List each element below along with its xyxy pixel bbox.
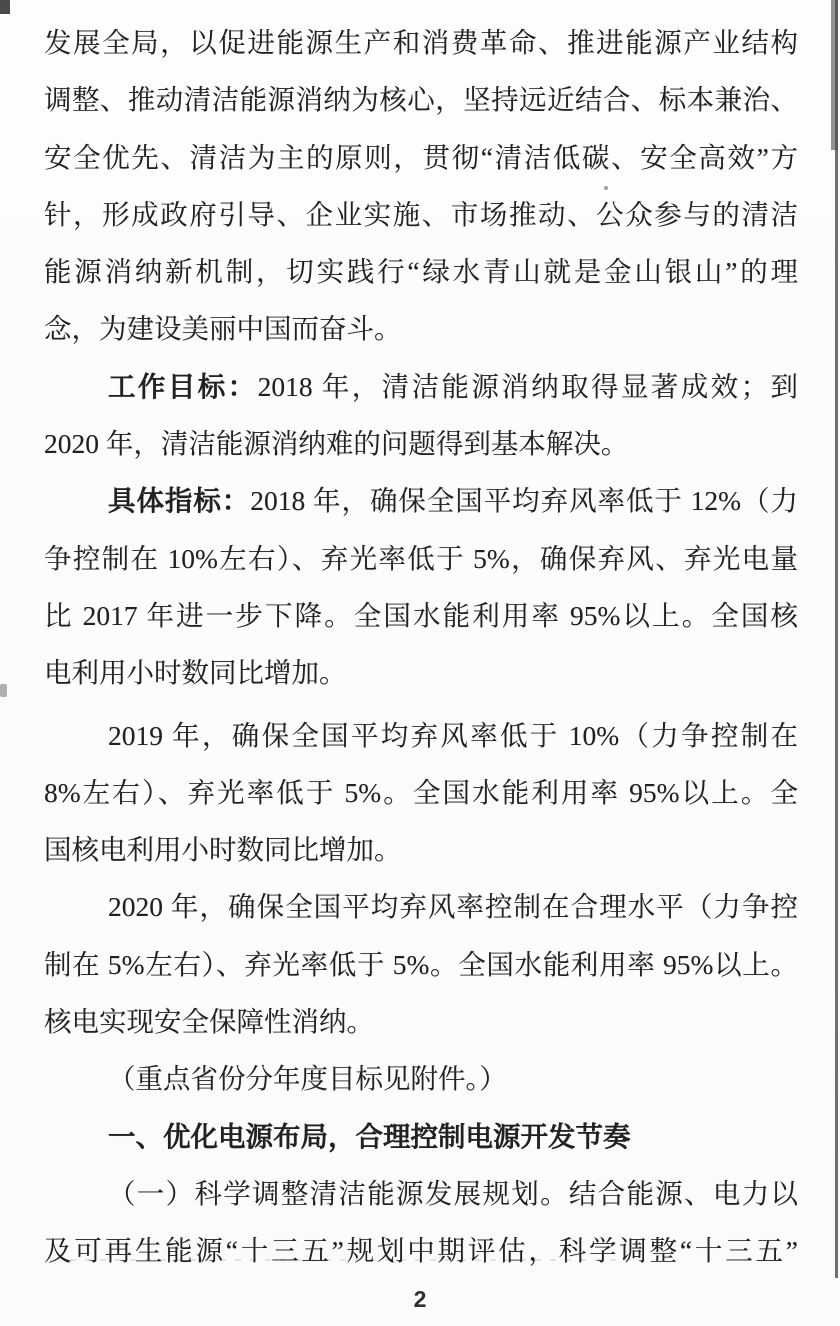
text-segment: 针，形成政府引导、企业实施、市场推动、公众参与的清洁 — [44, 199, 798, 230]
text-segment: 2018 年，确保全国平均弃风率低于 12%（力 — [250, 485, 798, 516]
text-segment: 念，为建设美丽中国而奋斗。 — [44, 313, 402, 344]
text-segment: 电利用小时数同比增加。 — [44, 657, 347, 688]
text-line: 工作目标：2018 年，清洁能源消纳取得显著成效；到 — [44, 358, 798, 415]
text-segment: 能源消纳新机制，切实践行“绿水青山就是金山银山”的理 — [44, 256, 798, 287]
scan-artifact-left-dash — [0, 684, 7, 697]
text-line: 电利用小时数同比增加。 — [44, 644, 798, 701]
text-segment: （重点省份分年度目标见附件。） — [108, 1063, 507, 1094]
text-line: 制在 5%左右）、弃光率低于 5%。全国水能利用率 95%以上。 — [44, 936, 798, 993]
text-line: （一）科学调整清洁能源发展规划。结合能源、电力以 — [44, 1165, 798, 1222]
page-number: 2 — [0, 1286, 840, 1313]
targets-2019-paragraph: 2019 年，确保全国平均弃风率低于 10%（力争控制在8%左右）、弃光率低于 … — [44, 707, 798, 879]
text-segment: 一、优化电源布局，合理控制电源开发节奏 — [108, 1121, 631, 1152]
text-line: 比 2017 年进一步下降。全国水能利用率 95%以上。全国核 — [44, 587, 798, 644]
document-page: 发展全局，以促进能源生产和消费革命、推进能源产业结构调整、推动清洁能源消纳为核心… — [0, 0, 840, 1326]
work-goals-paragraph: 工作目标：2018 年，清洁能源消纳取得显著成效；到2020 年，清洁能源消纳难… — [44, 358, 798, 473]
text-segment: （一）科学调整清洁能源发展规划。 — [108, 1178, 569, 1209]
text-line: 2020 年，确保全国平均弃风率控制在合理水平（力争控 — [44, 878, 798, 935]
text-line: 2020 年，清洁能源消纳难的问题得到基本解决。 — [44, 415, 798, 472]
section-one-item-one-paragraph: （一）科学调整清洁能源发展规划。结合能源、电力以及可再生能源“十三五”规划中期评… — [44, 1165, 798, 1280]
text-segment: 国核电利用小时数同比增加。 — [44, 834, 402, 865]
text-segment: 2018 年，清洁能源消纳取得显著成效；到 — [258, 371, 798, 402]
text-line: 争控制在 10%左右）、弃光率低于 5%，确保弃风、弃光电量 — [44, 530, 798, 587]
scan-artifact-top-left — [0, 0, 10, 14]
text-segment: 具体指标： — [108, 485, 250, 516]
text-segment: 调整、推动清洁能源消纳为核心，坚持远近结合、标本兼治、 — [44, 84, 798, 115]
text-line: （重点省份分年度目标见附件。） — [44, 1050, 798, 1107]
text-line: 针，形成政府引导、企业实施、市场推动、公众参与的清洁 — [44, 186, 798, 243]
document-body: 发展全局，以促进能源生产和消费革命、推进能源产业结构调整、推动清洁能源消纳为核心… — [44, 14, 798, 1280]
text-line: 念，为建设美丽中国而奋斗。 — [44, 300, 798, 357]
section-one-heading: 一、优化电源布局，合理控制电源开发节奏 — [44, 1108, 798, 1165]
appendix-note-paragraph: （重点省份分年度目标见附件。） — [44, 1050, 798, 1107]
text-segment: 2020 年，清洁能源消纳难的问题得到基本解决。 — [44, 428, 628, 459]
text-segment: 工作目标： — [108, 371, 258, 402]
targets-2020-paragraph: 2020 年，确保全国平均弃风率控制在合理水平（力争控制在 5%左右）、弃光率低… — [44, 878, 798, 1050]
text-segment: 8%左右）、弃光率低于 5%。全国水能利用率 95%以上。全 — [44, 777, 798, 808]
text-line: 发展全局，以促进能源生产和消费革命、推进能源产业结构 — [44, 14, 798, 71]
text-segment: 2020 年，确保全国平均弃风率控制在合理水平（力争控 — [108, 891, 798, 922]
text-line: 调整、推动清洁能源消纳为核心，坚持远近结合、标本兼治、 — [44, 71, 798, 128]
text-line: 安全优先、清洁为主的原则，贯彻“清洁低碳、安全高效”方 — [44, 129, 798, 186]
text-segment: 争控制在 10%左右）、弃光率低于 5%，确保弃风、弃光电量 — [44, 543, 798, 574]
specific-targets-2018-paragraph: 具体指标：2018 年，确保全国平均弃风率低于 12%（力争控制在 10%左右）… — [44, 472, 798, 701]
text-line: 能源消纳新机制，切实践行“绿水青山就是金山银山”的理 — [44, 243, 798, 300]
text-segment: 核电实现安全保障性消纳。 — [44, 1006, 374, 1037]
text-line: 国核电利用小时数同比增加。 — [44, 821, 798, 878]
text-segment: 比 2017 年进一步下降。全国水能利用率 95%以上。全国核 — [44, 600, 798, 631]
text-line: 具体指标：2018 年，确保全国平均弃风率低于 12%（力 — [44, 472, 798, 529]
text-segment: 安全优先、清洁为主的原则，贯彻“清洁低碳、安全高效”方 — [44, 142, 798, 173]
text-line: 核电实现安全保障性消纳。 — [44, 993, 798, 1050]
scan-artifact-right-edge-top — [831, 0, 838, 150]
text-segment: 制在 5%左右）、弃光率低于 5%。全国水能利用率 95%以上。 — [44, 949, 798, 980]
text-segment: 及可再生能源“十三五”规划中期评估，科学调整“十三五” — [44, 1235, 798, 1266]
text-segment: 发展全局，以促进能源生产和消费革命、推进能源产业结构 — [44, 27, 798, 58]
text-line: 及可再生能源“十三五”规划中期评估，科学调整“十三五” — [44, 1222, 798, 1279]
text-segment: 2019 年，确保全国平均弃风率低于 10%（力争控制在 — [108, 720, 798, 751]
continuation-paragraph: 发展全局，以促进能源生产和消费革命、推进能源产业结构调整、推动清洁能源消纳为核心… — [44, 14, 798, 358]
text-line: 一、优化电源布局，合理控制电源开发节奏 — [44, 1108, 798, 1165]
scan-artifact-right-edge — [835, 0, 838, 1278]
text-line: 2019 年，确保全国平均弃风率低于 10%（力争控制在 — [44, 707, 798, 764]
text-segment: 结合能源、电力以 — [569, 1178, 798, 1209]
text-line: 8%左右）、弃光率低于 5%。全国水能利用率 95%以上。全 — [44, 764, 798, 821]
